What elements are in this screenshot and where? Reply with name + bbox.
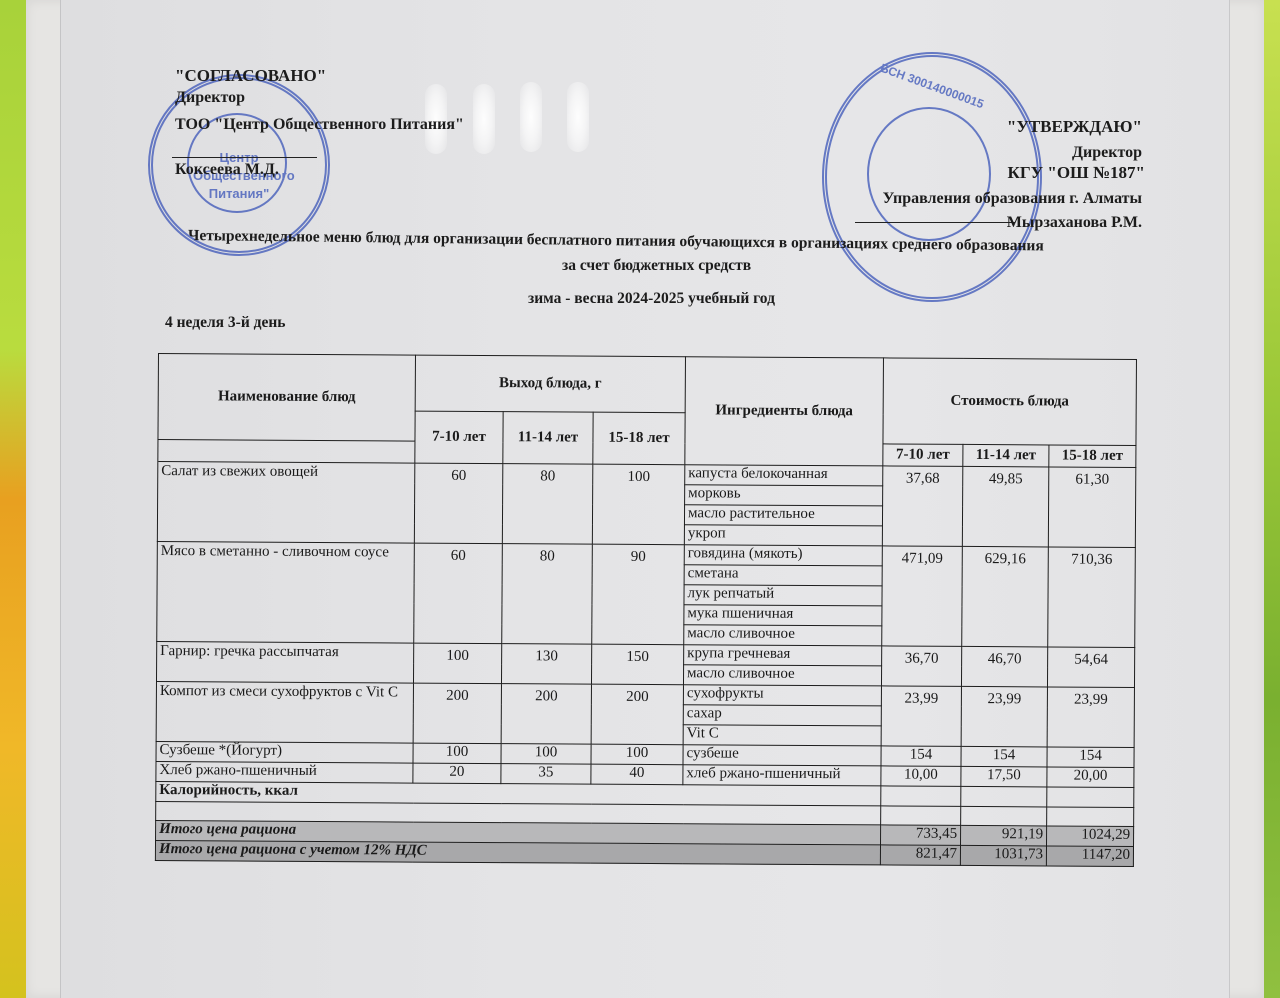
header-yield-age-1: 7-10 лет (415, 411, 503, 464)
total-value: 733,45 (881, 825, 961, 845)
total-vat-value: 821,47 (880, 845, 960, 865)
yield-value: 60 (414, 463, 502, 544)
approved-left-heading: "СОГЛАСОВАНО" (175, 66, 326, 85)
header-yield-age-3: 15-18 лет (593, 412, 685, 465)
cost-value: 46,70 (961, 646, 1047, 687)
total-value: 1024,29 (1047, 826, 1134, 847)
dish-name: Сузбеше *(Йогурт) (156, 741, 413, 763)
ingredient: сахар (683, 705, 881, 726)
cost-value: 61,30 (1048, 467, 1136, 548)
dish-name: Компот из смеси сухофруктов с Vit C (156, 681, 413, 743)
cost-value: 36,70 (881, 646, 961, 686)
school-year: зима - весна 2024-2025 учебный год (528, 289, 775, 308)
yield-value: 100 (592, 464, 685, 545)
total-vat-value: 1147,20 (1046, 846, 1133, 867)
yield-value: 150 (591, 644, 683, 685)
ingredient: масло сливочное (683, 665, 881, 686)
dish-name: Гарнир: гречка рассыпчатая (156, 641, 413, 683)
yield-value: 100 (413, 643, 501, 684)
ingredient: мука пшеничная (684, 605, 882, 626)
cost-value: 154 (961, 746, 1047, 767)
total-vat-label: Итого цена рациона с учетом 12% НДС (155, 840, 880, 864)
yield-value: 60 (414, 543, 503, 644)
ingredient: лук репчатый (684, 585, 882, 606)
cost-value: 154 (881, 746, 961, 766)
approved-left-name: Коксеева М.Д. (175, 160, 279, 179)
yield-value: 80 (502, 464, 592, 545)
approved-right-role: Директор (1072, 143, 1142, 162)
cost-value: 23,99 (961, 686, 1047, 747)
ingredient: укроп (684, 525, 882, 546)
cost-value: 10,00 (881, 766, 961, 786)
approved-right-heading: "УТВЕРЖДАЮ" (1007, 117, 1142, 136)
ingredient: Vit C (683, 725, 881, 746)
header-ingredients: Ингредиенты блюда (685, 357, 884, 466)
yield-value: 90 (592, 544, 685, 645)
dish-name: Хлеб ржано-пшеничный (156, 761, 413, 783)
cost-value: 17,50 (961, 766, 1047, 787)
light-glare (473, 84, 495, 154)
ingredient: сухофрукты (683, 685, 881, 706)
day-label: 4 неделя 3-й день (165, 313, 285, 332)
ingredient: крупа гречневая (684, 645, 882, 666)
approved-left-role: Директор (175, 88, 245, 107)
ingredient: морковь (685, 485, 883, 506)
cost-value: 49,85 (962, 466, 1048, 547)
yield-value: 100 (413, 743, 501, 764)
yield-value: 100 (501, 744, 591, 765)
yield-value: 200 (501, 684, 591, 745)
ingredient: говядина (мякоть) (684, 545, 882, 566)
yield-value: 80 (502, 544, 593, 645)
header-cost-age-3: 15-18 лет (1049, 445, 1136, 468)
ingredient: сметана (684, 565, 882, 586)
header-cost: Стоимость блюда (883, 358, 1137, 446)
header-yield-age-2: 11-14 лет (503, 412, 593, 465)
signature-line-left (172, 157, 317, 158)
ingredient: масло растительное (684, 505, 882, 526)
approved-right-dept: Управления образования г. Алматы (883, 189, 1142, 208)
yield-value: 40 (591, 764, 683, 785)
header-yield: Выход блюда, г (415, 355, 685, 413)
light-glare (520, 82, 542, 152)
cost-value: 471,09 (882, 546, 963, 646)
ingredient: капуста белокочанная (685, 465, 883, 486)
light-glare (567, 82, 589, 152)
yield-value: 130 (501, 644, 591, 685)
cost-value: 629,16 (962, 546, 1049, 647)
yield-value: 200 (591, 684, 683, 745)
approved-left-org: ТОО "Центр Общественного Питания" (175, 115, 464, 134)
yield-value: 100 (591, 744, 683, 765)
total-value: 921,19 (961, 825, 1047, 846)
signature-line-right (855, 222, 1015, 223)
header-dish-name: Наименование блюд (158, 354, 416, 442)
approved-right-name: Мырзаханова Р.М. (1007, 213, 1142, 232)
ingredient: хлеб ржано-пшеничный (683, 765, 881, 786)
ingredient: сузбеше (683, 745, 881, 766)
dish-name: Салат из свежих овощей (157, 462, 414, 544)
cost-value: 710,36 (1048, 547, 1136, 648)
yield-value: 35 (501, 764, 591, 785)
total-vat-value: 1031,73 (960, 845, 1046, 866)
cost-value: 37,68 (882, 466, 962, 546)
cost-value: 23,99 (1047, 687, 1134, 748)
menu-table: Наименование блюд Выход блюда, г Ингреди… (155, 353, 1137, 867)
cost-value: 54,64 (1047, 647, 1134, 688)
dish-name: Мясо в сметанно - сливочном соусе (157, 541, 415, 643)
cost-value: 154 (1047, 747, 1134, 768)
ingredient: масло сливочное (684, 625, 882, 646)
yield-value: 20 (413, 763, 501, 784)
document-subtitle: за счет бюджетных средств (562, 256, 751, 275)
header-cost-age-1: 7-10 лет (883, 444, 963, 466)
cost-value: 20,00 (1047, 767, 1134, 788)
header-cost-age-2: 11-14 лет (963, 444, 1049, 467)
yield-value: 200 (413, 683, 501, 744)
cost-value: 23,99 (881, 686, 961, 746)
approved-right-org: КГУ "ОШ №187" (1008, 163, 1145, 182)
